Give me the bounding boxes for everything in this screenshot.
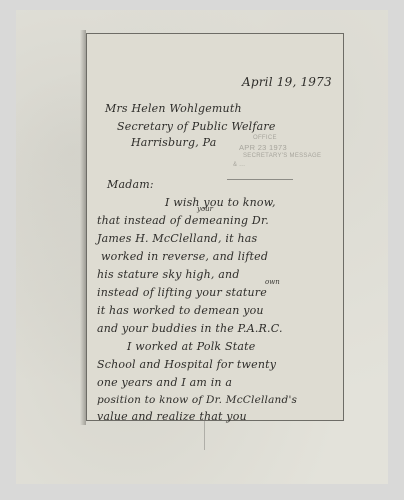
body-line-10: School and Hospital for twenty: [97, 358, 276, 371]
insertion-own: own: [265, 278, 280, 286]
letter-date: April 19, 1973: [242, 75, 332, 89]
body-line-7: it has worked to demean you: [97, 304, 264, 317]
received-stamp: OFFICE APR 23 1973 SECRETARY'S MESSAGE &…: [233, 134, 321, 170]
stamp-message: SECRETARY'S MESSAGE: [243, 152, 321, 161]
stamp-underline: [227, 179, 293, 180]
body-line-4: worked in reverse, and lifted: [101, 250, 268, 263]
stamp-extra: & ...: [233, 161, 321, 170]
body-line-8: and your buddies in the P.A.R.C.: [97, 322, 283, 335]
recipient-name: Mrs Helen Wohlgemuth: [105, 102, 242, 115]
body-line-2: that instead of demeaning Dr.: [97, 214, 269, 227]
salutation: Madam:: [107, 178, 154, 191]
insertion-your: your: [197, 205, 213, 213]
body-line-12: position to know of Dr. McClelland's: [97, 394, 297, 406]
body-line-3: James H. McClelland, it has: [97, 232, 257, 245]
stamp-date: APR 23 1973: [239, 143, 321, 152]
body-line-5: his stature sky high, and: [97, 268, 240, 281]
body-line-11: one years and I am in a: [97, 376, 232, 389]
body-line-13: value and realize that you: [97, 410, 247, 423]
body-line-6: instead of lifting your stature: [97, 286, 267, 299]
letter-sheet: April 19, 1973 Mrs Helen Wohlgemuth Secr…: [86, 33, 344, 421]
stamp-office: OFFICE: [253, 134, 321, 143]
recipient-city: Harrisburg, Pa: [131, 136, 217, 149]
recipient-title: Secretary of Public Welfare: [117, 120, 276, 133]
paper-crease: [204, 420, 205, 450]
body-line-9: I worked at Polk State: [127, 340, 255, 353]
body-line-1: I wish you to know,: [165, 196, 276, 209]
